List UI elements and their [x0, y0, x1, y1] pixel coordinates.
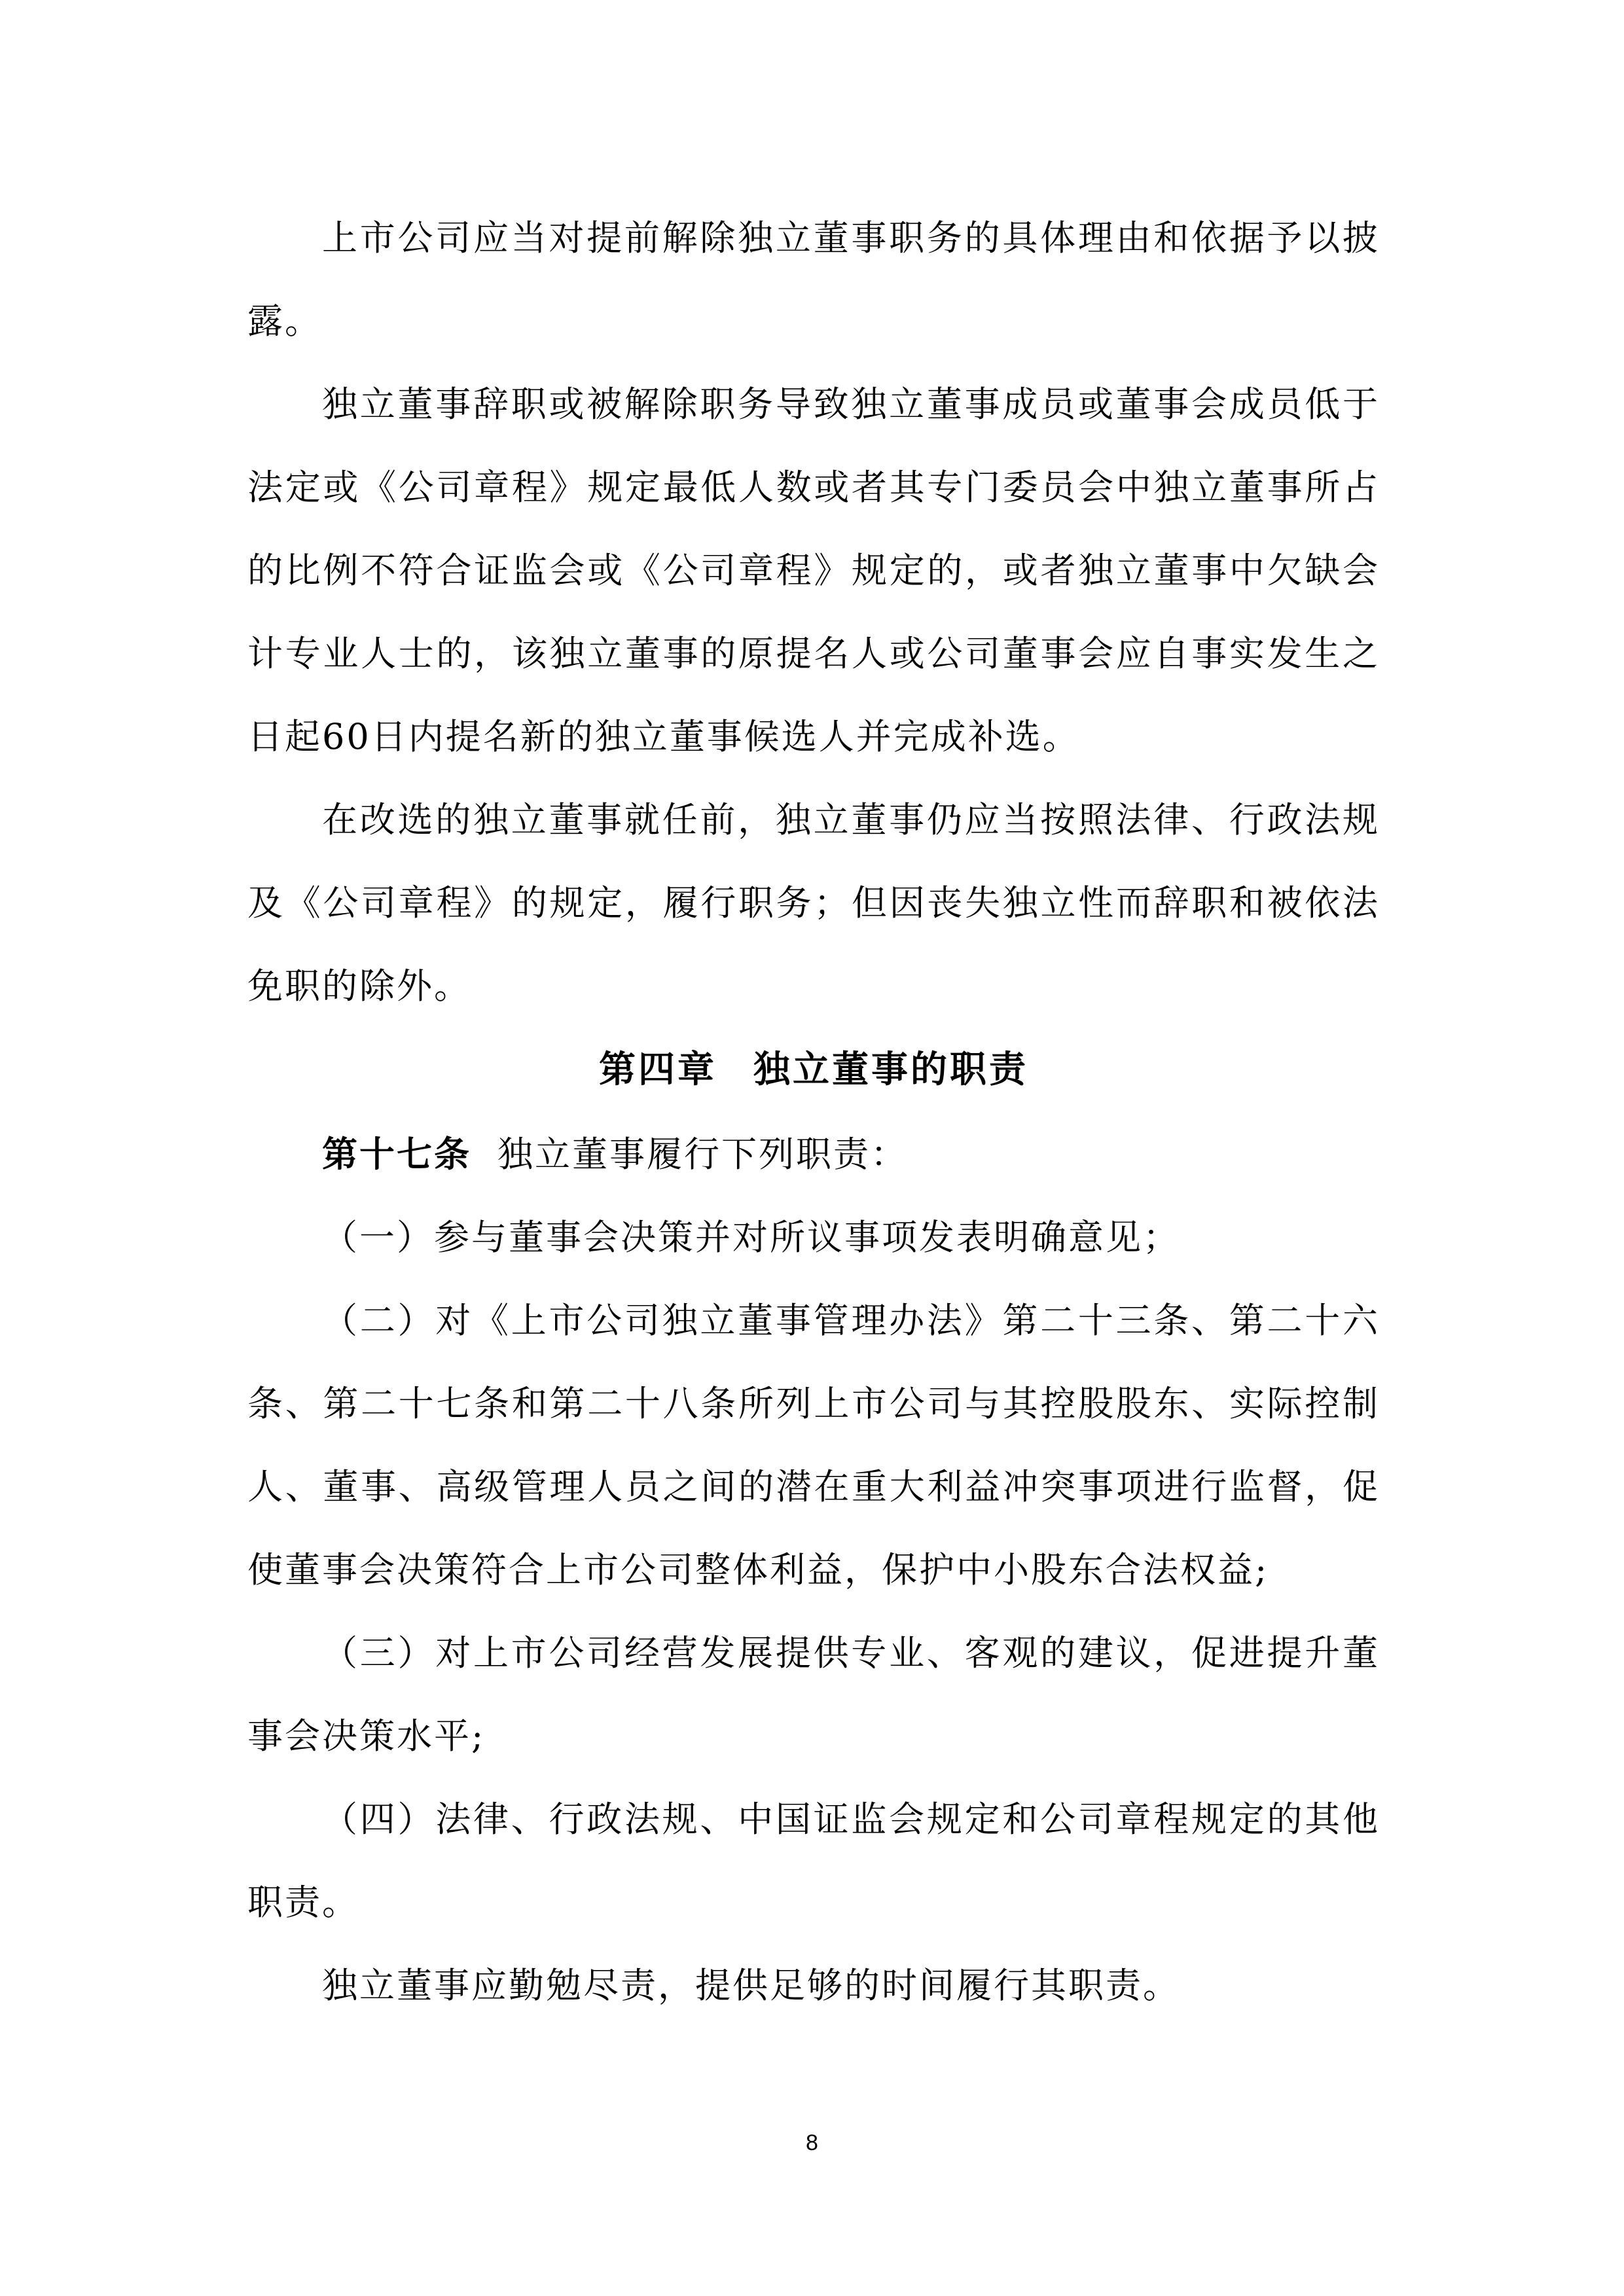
- page-number: 8: [0, 2130, 1624, 2156]
- document-page: 上市公司应当对提前解除独立董事职务的具体理由和依据予以披露。 独立董事辞职或被解…: [0, 0, 1624, 2296]
- page-body: 上市公司应当对提前解除独立董事职务的具体理由和依据予以披露。 独立董事辞职或被解…: [247, 196, 1380, 2027]
- list-item-3: （三）对上市公司经营发展提供专业、客观的建议，促进提升董事会决策水平;: [247, 1611, 1380, 1778]
- closing-paragraph: 独立董事应勤勉尽责，提供足够的时间履行其职责。: [247, 1944, 1380, 2027]
- list-item-2: （二）对《上市公司独立董事管理办法》第二十三条、第二十六条、第二十七条和第二十八…: [247, 1279, 1380, 1611]
- paragraph-interim-duties: 在改选的独立董事就任前，独立董事仍应当按照法律、行政法规及《公司章程》的规定，履…: [247, 778, 1380, 1028]
- paragraph-vacancy-replacement: 独立董事辞职或被解除职务导致独立董事成员或董事会成员低于法定或《公司章程》规定最…: [247, 363, 1380, 778]
- article-17: 第十七条独立董事履行下列职责：: [247, 1113, 1380, 1196]
- list-item-4: （四）法律、行政法规、中国证监会规定和公司章程规定的其他职责。: [247, 1778, 1380, 1944]
- article-label: 第十七条: [322, 1134, 471, 1175]
- chapter-heading: 第四章独立董事的职责: [247, 1028, 1380, 1113]
- chapter-number: 第四章: [599, 1049, 717, 1091]
- list-item-1: （一）参与董事会决策并对所议事项发表明确意见；: [247, 1196, 1380, 1279]
- chapter-title: 独立董事的职责: [753, 1049, 1028, 1091]
- paragraph-disclosure: 上市公司应当对提前解除独立董事职务的具体理由和依据予以披露。: [247, 196, 1380, 363]
- article-intro: 独立董事履行下列职责：: [497, 1134, 908, 1175]
